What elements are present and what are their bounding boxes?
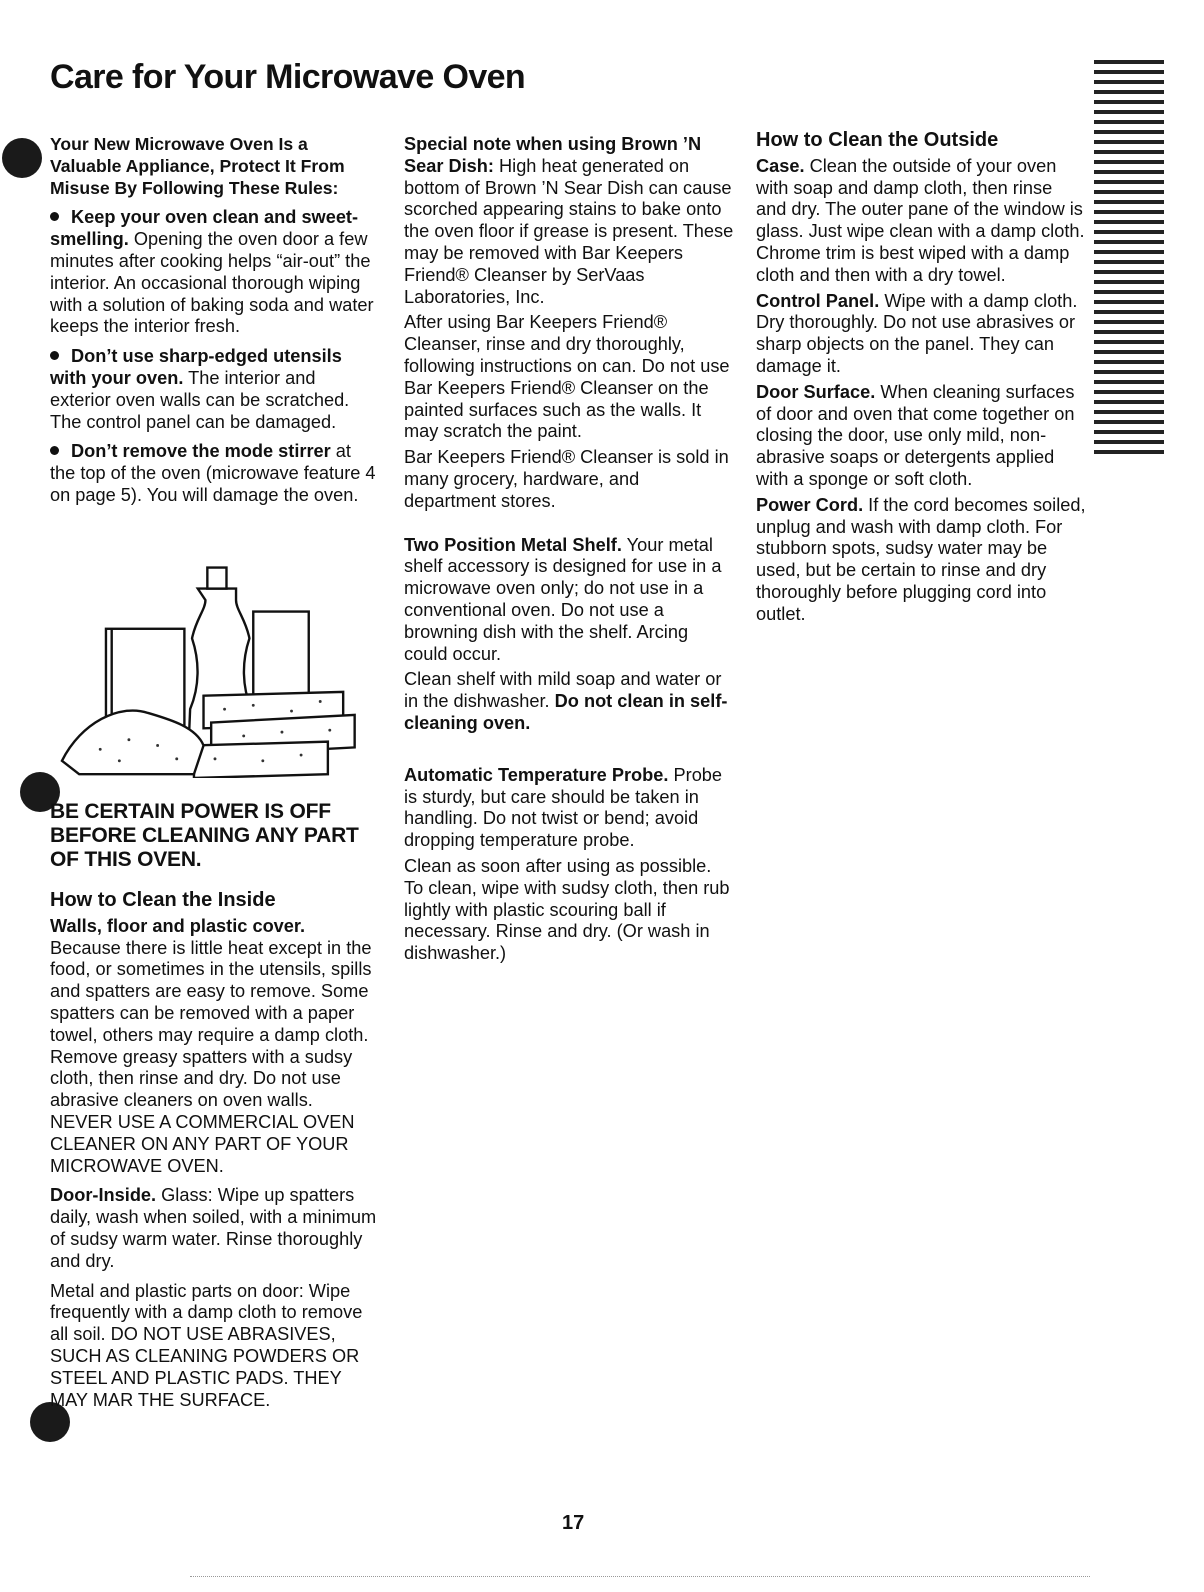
metal-shelf-paragraph: Two Position Metal Shelf. Your metal she… (404, 535, 734, 666)
page-number: 17 (562, 1512, 584, 1535)
bullet-icon (50, 446, 59, 455)
after-using-paragraph: After using Bar Keepers Friend® Cleanser… (404, 312, 734, 443)
scan-artifact-line (190, 1576, 1090, 1577)
brown-n-sear-note: Special note when using Brown ’N Sear Di… (404, 134, 734, 308)
control-panel-paragraph: Control Panel. Wipe with a damp cloth. D… (756, 291, 1086, 378)
column-right: How to Clean the Outside Case. Clean the… (756, 130, 1086, 630)
door-surface-paragraph: Door Surface. When cleaning surfaces of … (756, 382, 1086, 491)
case-paragraph: Case. Clean the outside of your oven wit… (756, 156, 1086, 287)
rule-keep-clean: Keep your oven clean and sweet-smelling.… (50, 207, 380, 338)
sold-in-stores-paragraph: Bar Keepers Friend® Cleanser is sold in … (404, 447, 734, 512)
probe-cleaning-paragraph: Clean as soon after using as possible. T… (404, 856, 734, 965)
bullet-icon (50, 351, 59, 360)
section-heading-outside: How to Clean the Outside (756, 130, 1086, 152)
column-middle: Special note when using Brown ’N Sear Di… (404, 134, 734, 969)
metal-plastic-paragraph: Metal and plastic parts on door: Wipe fr… (50, 1281, 380, 1412)
rule-mode-stirrer: Don’t remove the mode stirrer at the top… (50, 441, 380, 506)
temperature-probe-paragraph: Automatic Temperature Probe. Probe is st… (404, 765, 734, 852)
intro-heading: Your New Microwave Oven Is a Valuable Ap… (50, 134, 380, 199)
page-title: Care for Your Microwave Oven (50, 58, 525, 97)
rule-no-sharp-utensils: Don’t use sharp-edged utensils with your… (50, 346, 380, 433)
walls-paragraph: Walls, floor and plastic cover. Because … (50, 916, 380, 1178)
cleaning-supplies-illustration (60, 558, 370, 778)
clean-shelf-paragraph: Clean shelf with mild soap and water or … (404, 669, 734, 734)
door-inside-paragraph: Door-Inside. Glass: Wipe up spatters dai… (50, 1185, 380, 1272)
section-heading-inside: How to Clean the Inside (50, 890, 380, 912)
power-off-warning: BE CERTAIN POWER IS OFF BEFORE CLEANING … (50, 800, 380, 872)
edge-index-tabs (1094, 60, 1164, 460)
column-left-lower: BE CERTAIN POWER IS OFF BEFORE CLEANING … (50, 800, 380, 1415)
column-left: Your New Microwave Oven Is a Valuable Ap… (50, 134, 380, 515)
binder-hole-top (2, 138, 42, 178)
power-cord-paragraph: Power Cord. If the cord becomes soiled, … (756, 495, 1086, 626)
bullet-icon (50, 212, 59, 221)
